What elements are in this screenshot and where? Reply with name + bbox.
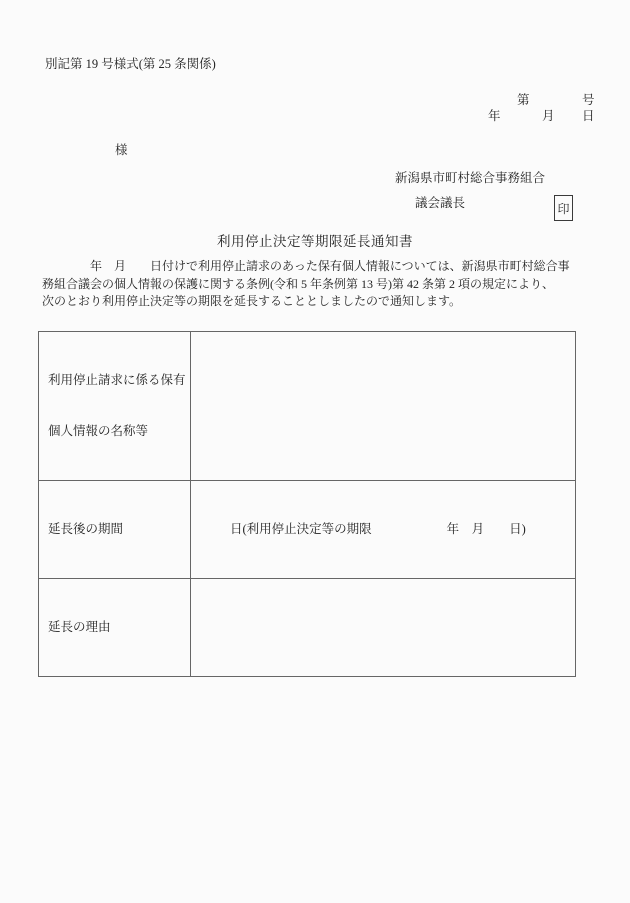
seal-stamp-box: 印 [554,195,573,221]
form-number: 別記第 19 号様式(第 25 条関係) [45,57,216,72]
date-month-label: 月 [542,109,555,124]
addressee-honorific: 様 [115,143,128,158]
row-label-extension-reason: 延長の理由 [39,579,191,677]
row-label-line: 個人情報の名称等 [48,423,186,440]
blank-field-held-info-name [190,332,575,481]
body-line-2: 務組合議会の個人情報の保護に関する条例(令和 5 年条例第 13 号)第 42 … [42,276,602,294]
blank-field-extension-reason [190,579,575,677]
body-paragraph: 年 月 日付けで利用停止請求のあった保有個人情報については、新潟県市町村総合事 … [42,258,602,311]
document-page: 別記第 19 号様式(第 25 条関係) 第 号 年 月 日 様 新潟県市町村総… [0,0,630,903]
date-day-label: 日 [582,109,595,124]
field-extended-period: 日(利用停止決定等の期限 年 月 日) [190,481,575,579]
row-label-held-info-name: 利用停止請求に係る保有 個人情報の名称等 [39,332,191,481]
table-row: 延長の理由 [39,579,576,677]
document-title: 利用停止決定等期限延長通知書 [0,230,630,250]
doc-number-prefix: 第 [517,93,530,108]
sender-title: 議会議長 [415,196,465,211]
table-row: 延長後の期間 日(利用停止決定等の期限 年 月 日) [39,481,576,579]
seal-stamp-label: 印 [557,200,569,217]
doc-number-suffix: 号 [582,93,595,108]
row-label-line: 延長後の期間 [48,521,186,538]
row-label-extended-period: 延長後の期間 [39,481,191,579]
table-row: 利用停止請求に係る保有 個人情報の名称等 [39,332,576,481]
notice-table: 利用停止請求に係る保有 個人情報の名称等 延長後の期間 日(利用停止決定等の期限… [38,331,576,677]
row-label-line: 延長の理由 [48,619,186,636]
date-year-label: 年 [488,109,501,124]
body-line-3: 次のとおり利用停止決定等の期限を延長することとしましたので通知します。 [42,293,602,311]
sender-organization: 新潟県市町村総合事務組合 [395,171,545,186]
body-line-1: 年 月 日付けで利用停止請求のあった保有個人情報については、新潟県市町村総合事 [42,258,602,276]
row-label-line: 利用停止請求に係る保有 [48,372,186,389]
